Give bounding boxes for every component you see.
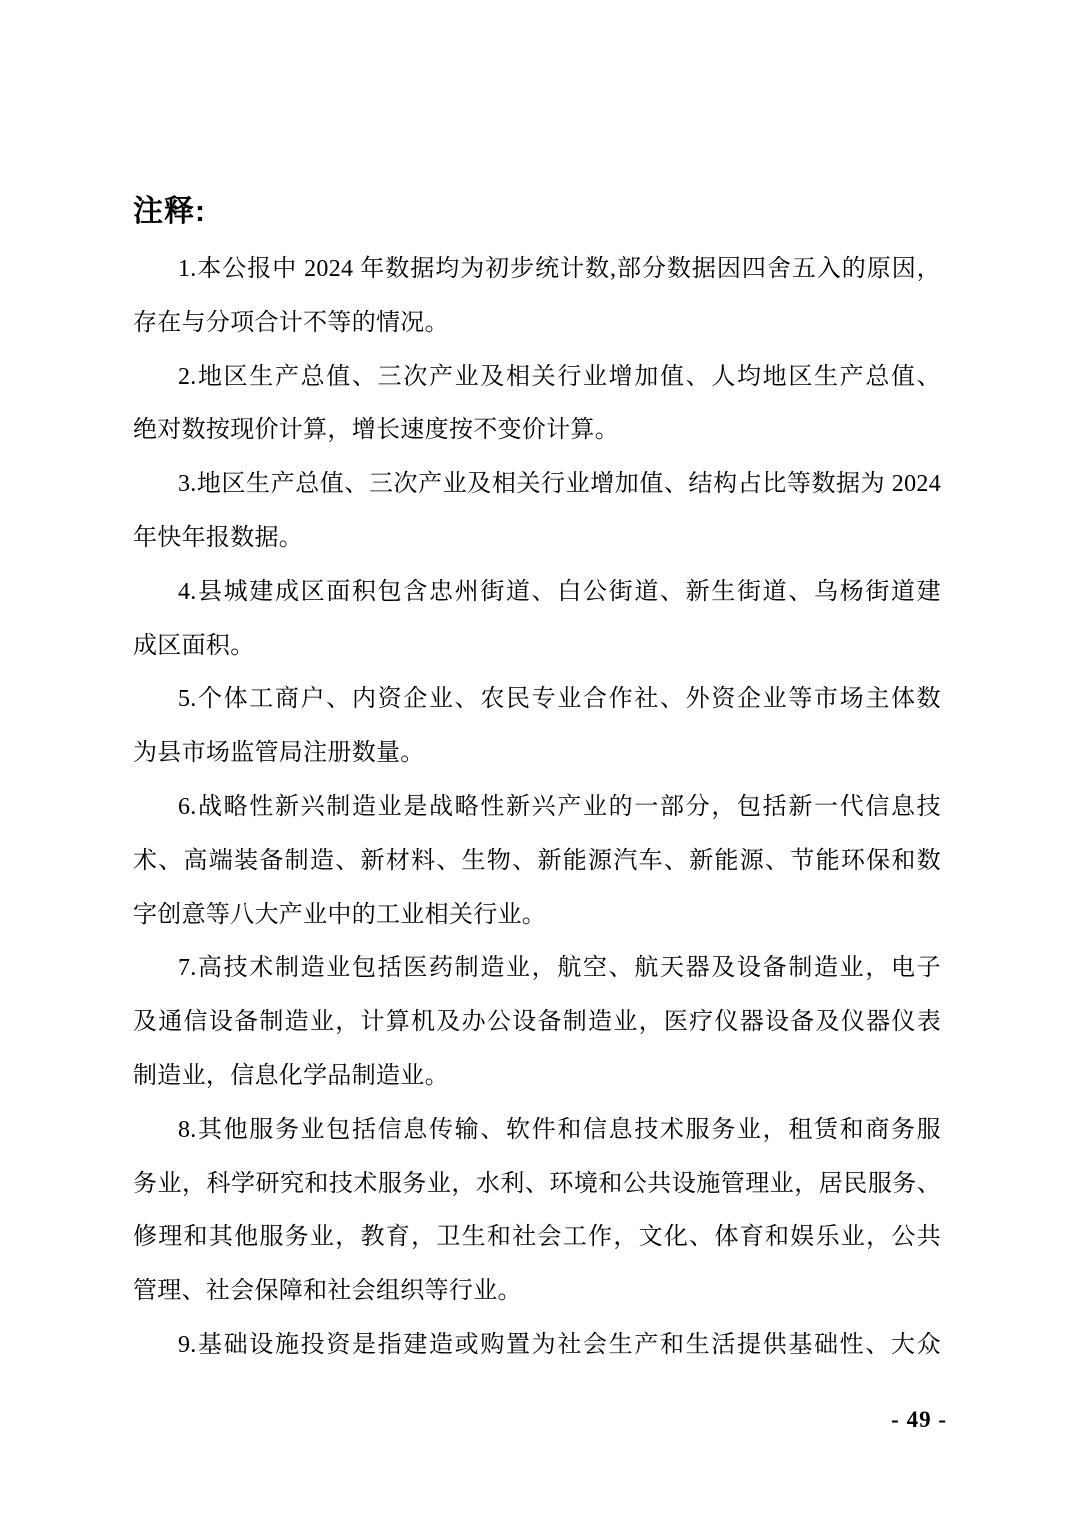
note-4-line-2: 成区面积。 [133, 620, 941, 674]
note-8-line-3: 修理和其他服务业，教育，卫生和社会工作，文化、体育和娱乐业，公共 [133, 1211, 941, 1265]
note-7-line-3: 制造业，信息化学品制造业。 [133, 1050, 941, 1104]
note-4-line-1: 4.县城建成区面积包含忠州街道、白公街道、新生街道、乌杨街道建 [133, 566, 941, 620]
note-5-line-1: 5.个体工商户、内资企业、农民专业合作社、外资企业等市场主体数 [133, 673, 941, 727]
notes-body: 1.本公报中 2024 年数据均为初步统计数,部分数据因四舍五入的原因， 存在与… [133, 243, 941, 1373]
page-number: - 49 - [891, 1405, 947, 1435]
note-9-line-1: 9.基础设施投资是指建造或购置为社会生产和生活提供基础性、大众 [133, 1319, 941, 1373]
note-2-line-2: 绝对数按现价计算，增长速度按不变价计算。 [133, 404, 941, 458]
note-3-line-2: 年快年报数据。 [133, 512, 941, 566]
note-8-line-2: 务业，科学研究和技术服务业，水利、环境和公共设施管理业，居民服务、 [133, 1158, 941, 1212]
note-1-line-1: 1.本公报中 2024 年数据均为初步统计数,部分数据因四舍五入的原因， [133, 243, 941, 297]
note-7-line-2: 及通信设备制造业，计算机及办公设备制造业，医疗仪器设备及仪器仪表 [133, 996, 941, 1050]
notes-heading: 注释: [133, 192, 206, 232]
note-5-line-2: 为县市场监管局注册数量。 [133, 727, 941, 781]
note-7-line-1: 7.高技术制造业包括医药制造业，航空、航天器及设备制造业，电子 [133, 942, 941, 996]
note-8-line-1: 8.其他服务业包括信息传输、软件和信息技术服务业，租赁和商务服 [133, 1104, 941, 1158]
note-6-line-2: 术、高端装备制造、新材料、生物、新能源汽车、新能源、节能环保和数 [133, 835, 941, 889]
note-8-line-4: 管理、社会保障和社会组织等行业。 [133, 1265, 941, 1319]
note-6-line-3: 字创意等八大产业中的工业相关行业。 [133, 889, 941, 943]
note-2-line-1: 2.地区生产总值、三次产业及相关行业增加值、人均地区生产总值、 [133, 351, 941, 405]
note-6-line-1: 6.战略性新兴制造业是战略性新兴产业的一部分，包括新一代信息技 [133, 781, 941, 835]
note-1-line-2: 存在与分项合计不等的情况。 [133, 297, 941, 351]
document-page: 注释: 1.本公报中 2024 年数据均为初步统计数,部分数据因四舍五入的原因，… [0, 0, 1074, 1520]
note-3-line-1: 3.地区生产总值、三次产业及相关行业增加值、结构占比等数据为 2024 [133, 458, 941, 512]
